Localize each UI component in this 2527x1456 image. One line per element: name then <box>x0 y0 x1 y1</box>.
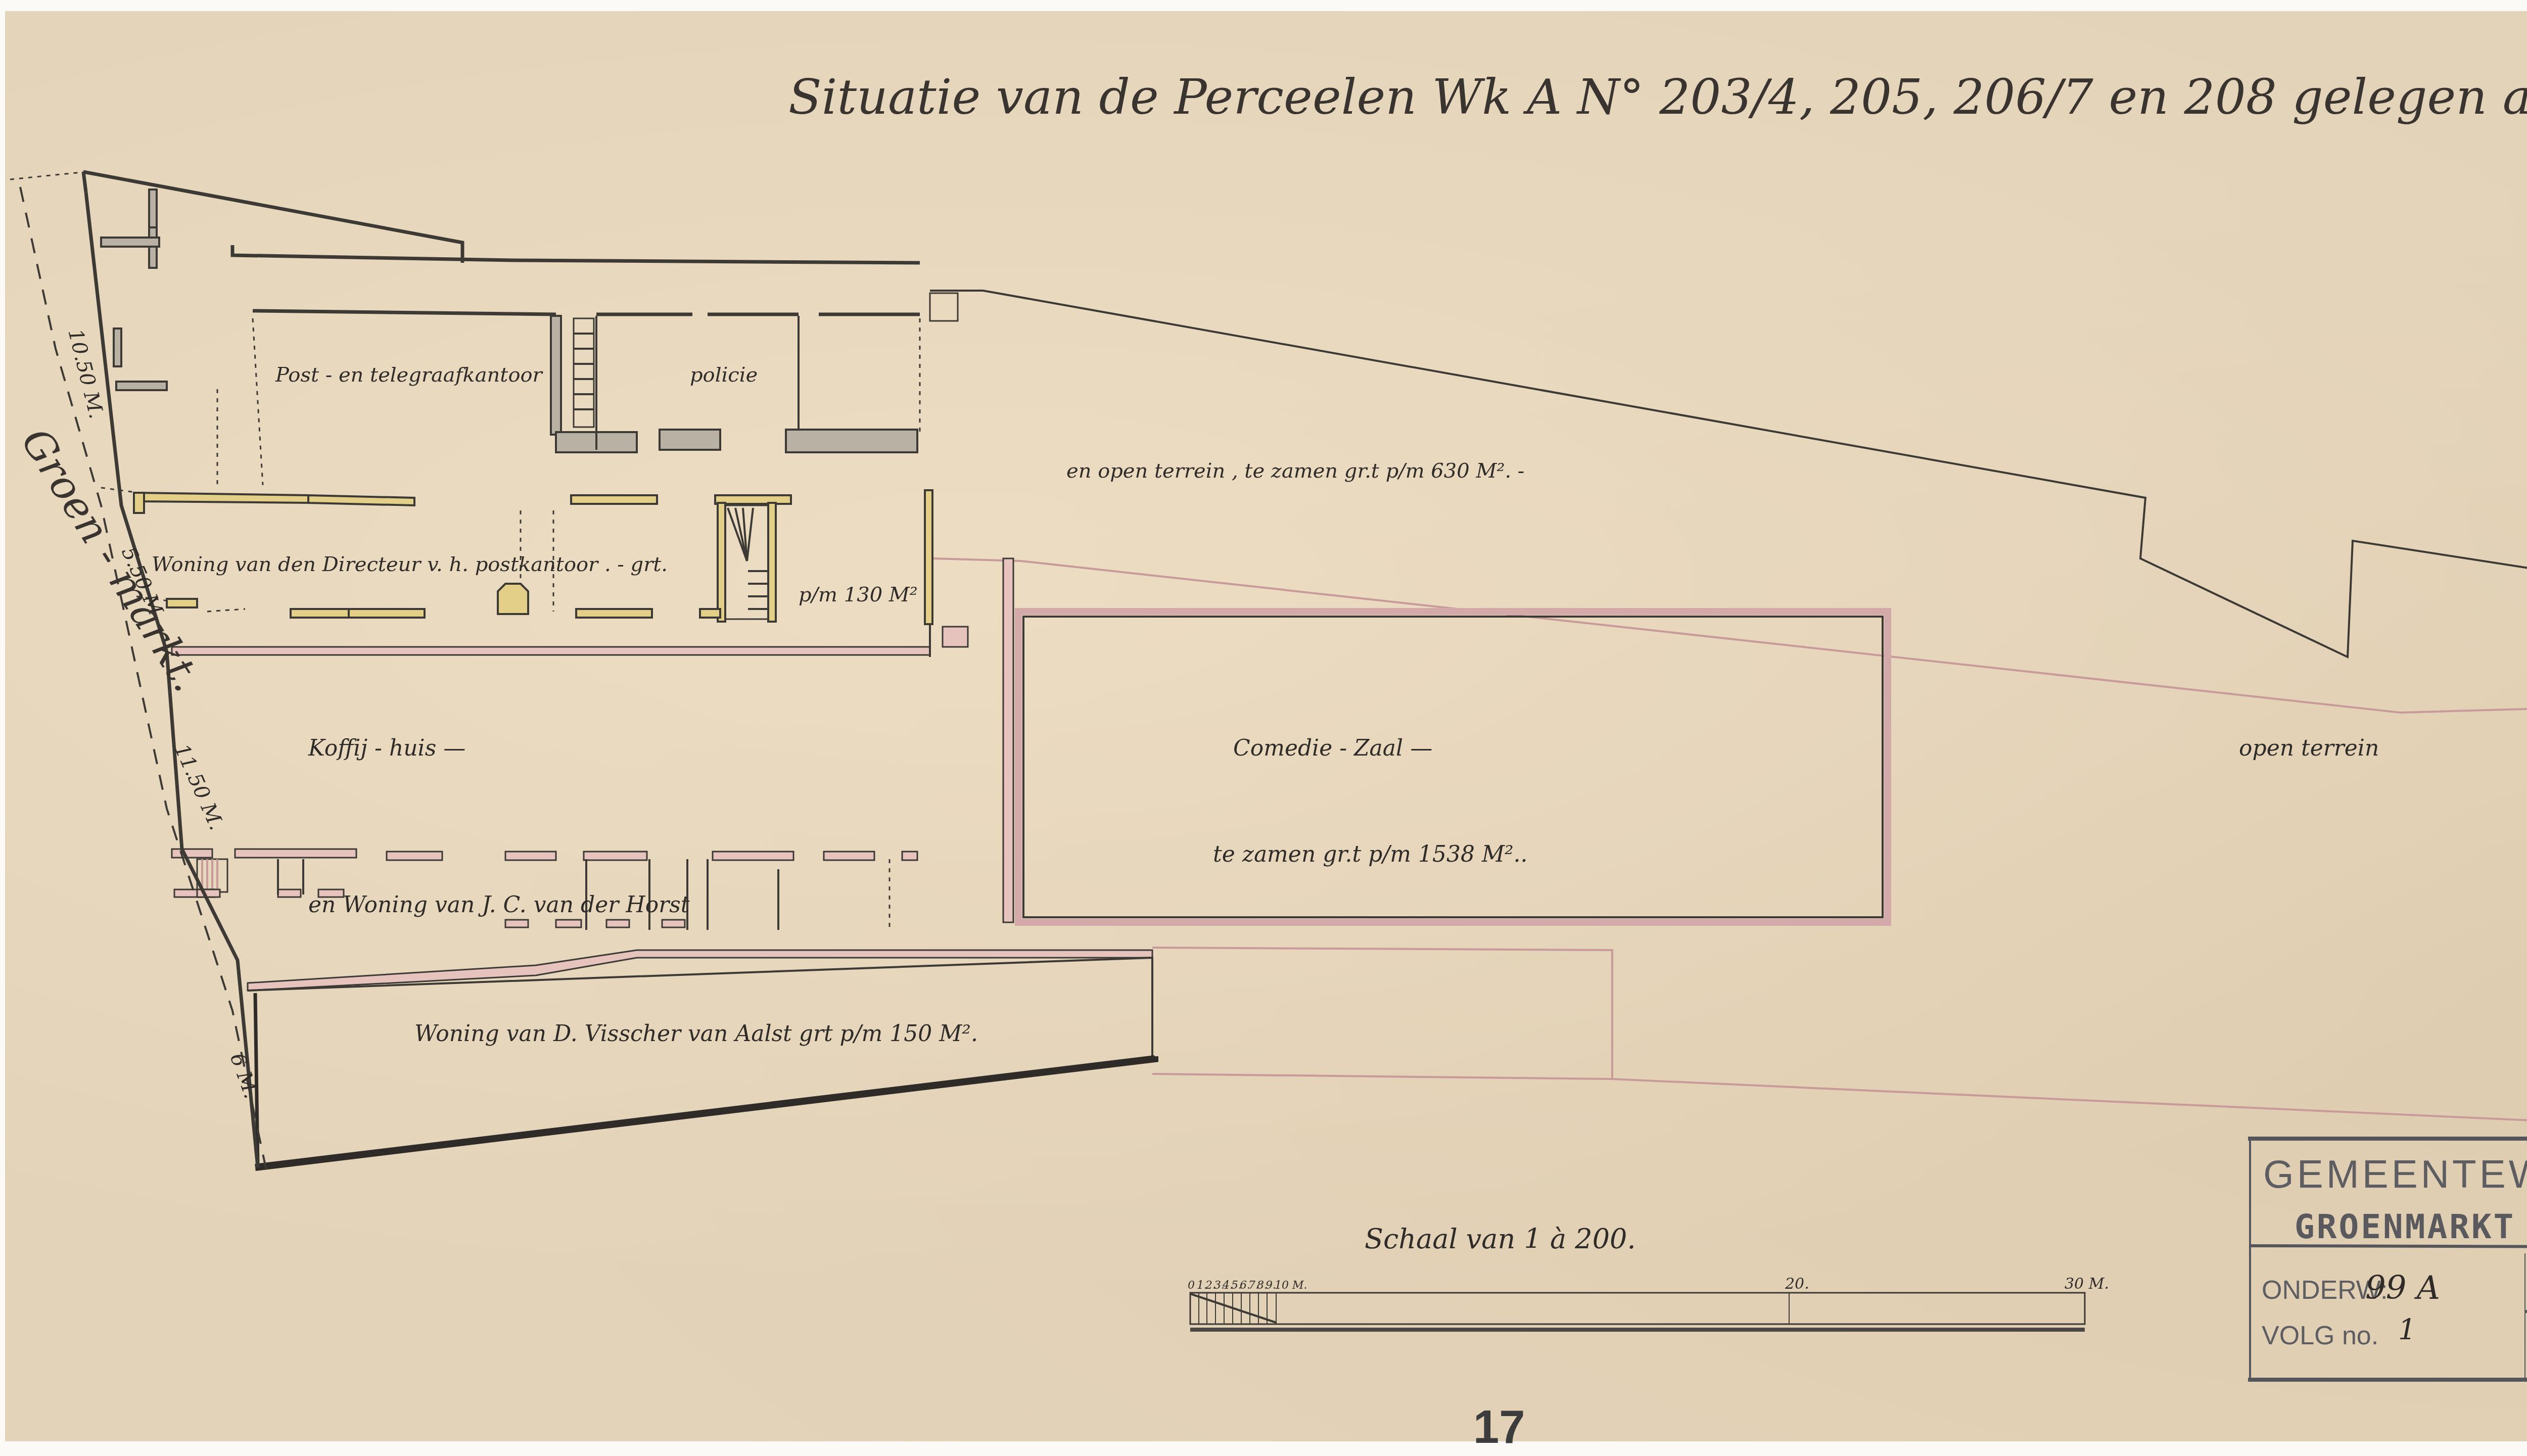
scale-tick-20: 20. <box>1785 1275 1809 1293</box>
title-block-address: GROENMARKT 69 <box>2295 1207 2527 1246</box>
label-open-terrain-combined: en open terrein , te zamen gr.t p/m 630 … <box>1066 459 1524 483</box>
room-label-comedy-hall: Comedie - Zaal — <box>1233 735 1432 761</box>
site-plan-drawing: Situatie van de Perceelen Wk A N° 203/4,… <box>0 0 2527 1456</box>
north-building <box>83 172 958 485</box>
room-label-coffee-house: Koffij - huis — <box>308 735 465 761</box>
comedy-hall-outline <box>1018 612 1888 922</box>
room-label-residence-aalst: Woning van D. Visscher van Aalst grt p/m… <box>414 1021 978 1047</box>
sheet-number: 17 <box>1473 1401 1525 1453</box>
volg-label: VOLG no. <box>2262 1321 2378 1350</box>
room-label-director-area: p/m 130 M² <box>799 583 918 606</box>
chimney-icon <box>943 627 968 647</box>
aalst-residence <box>248 958 1155 1167</box>
onderw-value: 99 A <box>2365 1270 2440 1307</box>
volg-value: 1 <box>2398 1313 2416 1346</box>
street-frontage <box>10 172 268 1178</box>
scale-tick-10: 10 M. <box>1275 1279 1307 1292</box>
document-title: Situatie van de Perceelen Wk A N° 203/4,… <box>788 69 2527 125</box>
room-label-director-house: Woning van den Directeur v. h. postkanto… <box>152 553 668 576</box>
scale-tick-30: 30 M. <box>2065 1275 2109 1293</box>
label-open-terrain: open terrein <box>2239 735 2379 761</box>
coffee-house-building <box>172 558 1152 991</box>
room-label-residence-horst: en Woning van J. C. van der Horst <box>308 892 690 918</box>
scale-bar-title: Schaal van 1 à 200. <box>1365 1223 1636 1255</box>
fireplace-icon <box>498 584 528 614</box>
scale-tick-0: 0 <box>1188 1279 1195 1292</box>
room-label-comedy-area: te zamen gr.t p/m 1538 M².. <box>1213 841 1528 867</box>
title-block-header: GEMEENTEWERKEN . DORDRECHT <box>2263 1152 2527 1196</box>
parcel-boundary-pink <box>932 558 2527 1132</box>
stair-north <box>574 318 594 427</box>
room-label-post-office: Post - en telegraafkantoor <box>275 363 544 387</box>
stair-winding <box>725 505 768 619</box>
room-label-police: policie <box>690 363 758 387</box>
title-block: GEMEENTEWERKEN . DORDRECHT GROENMARKT 69… <box>2248 1139 2527 1380</box>
scale-bar: Schaal van 1 à 200. 0 1. 2. 3. 4. 5. 6. … <box>1188 1223 2109 1332</box>
